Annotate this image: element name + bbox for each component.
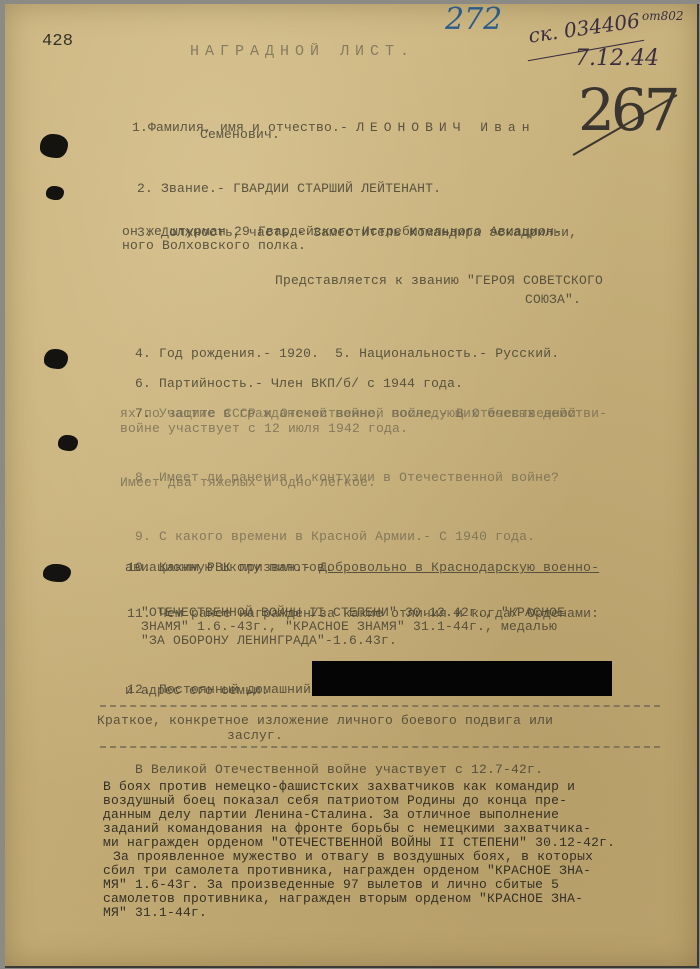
summary-heading: Краткое, конкретное изложение личного бо… xyxy=(97,713,553,728)
summary-line: воздушный боец показал себя патриотом Ро… xyxy=(103,793,567,808)
item-7-cont: войне участвует с 12 июля 1942 года. xyxy=(120,421,408,436)
item-number: 2. xyxy=(137,181,153,196)
item-number: 5. xyxy=(335,346,351,361)
divider xyxy=(100,705,660,707)
item-3-cont: он же штурман 29 Гвардейского Истребител… xyxy=(122,224,562,239)
divider xyxy=(100,746,660,748)
summary-line: В боях против немецко-фашистских захватч… xyxy=(103,779,575,794)
item-value: Член ВКП/б/ с 1944 года. xyxy=(271,376,463,391)
summary-line: данным делу партии Ленина-Сталина. За от… xyxy=(103,807,559,822)
summary-line: МЯ" 1.6-43г. За произведенные 97 вылетов… xyxy=(103,877,559,892)
binder-hole xyxy=(43,564,71,582)
item-1-cont: Семенович. xyxy=(200,127,280,142)
item-number: 1. xyxy=(132,120,148,135)
item-11-cont: ЗНАМЯ" 1.6.-43г., "КРАСНОЕ ЗНАМЯ" 31.1-4… xyxy=(141,619,557,634)
item-value: Добровольно в Краснодарскую военно- xyxy=(319,560,599,575)
reference-number: ск. 034406 xyxy=(527,8,641,47)
summary-line: самолетов противника, награжден вторым о… xyxy=(103,891,583,906)
item-10-cont: авиационную школу пилотов. xyxy=(125,560,333,575)
summary-line: заданий командования на фронте борьбы с … xyxy=(103,821,591,836)
reference-suffix: от802 xyxy=(642,9,684,23)
summary-line: За проявленное мужество и отвагу в возду… xyxy=(113,849,593,864)
summary-line: ми награжден орденом "ОТЕЧЕСТВЕННОЙ ВОЙН… xyxy=(103,835,615,850)
item-11-cont: "ОТЕЧЕСТВЕННОЙ ВОЙНЫ II СТЕПЕНИ" 30.12.4… xyxy=(141,605,565,620)
binder-hole xyxy=(40,134,68,158)
binder-hole xyxy=(44,349,68,369)
item-value: 1920. xyxy=(279,346,319,361)
handwritten-date: 7.12.44 xyxy=(575,46,659,71)
summary-line: МЯ" 31.1-44г. xyxy=(103,905,207,920)
item-7-cont: ях по защите СССР и Отечественной войне.… xyxy=(120,406,576,421)
item-number: 6. xyxy=(135,376,151,391)
item-label: Партийность.- xyxy=(159,376,263,391)
award-sheet: 428 НАГРАДНОЙ ЛИСТ. 272 ск. 034406 от802… xyxy=(5,4,699,968)
crossed-number: 267 xyxy=(578,76,677,144)
item-3-cont: ного Волховского полка. xyxy=(122,238,306,253)
item-11-cont: "ЗА ОБОРОНУ ЛЕНИНГРАДА"-1.6.43г. xyxy=(141,633,397,648)
document-title: НАГРАДНОЙ ЛИСТ. xyxy=(190,44,415,59)
item-label: Год рождения.- xyxy=(159,346,271,361)
item-number: 4. xyxy=(135,346,151,361)
item-1: 1.Фамилия, имя и отчество.- ЛЕОНОВИЧ Ива… xyxy=(100,105,536,150)
archive-number: 272 xyxy=(445,2,502,37)
item-value: ЛЕОНОВИЧ Иван xyxy=(356,120,535,135)
item-label: С какого времени в Красной Армии.- xyxy=(159,529,431,544)
item-value: С 1940 года. xyxy=(439,529,535,544)
nomination-cont: СОЮЗА". xyxy=(525,292,581,307)
item-value: ГВАРДИИ СТАРШИЙ ЛЕЙТЕНАНТ. xyxy=(233,181,441,196)
item-12-cont: и адрес его семьи. xyxy=(125,683,269,698)
binder-hole xyxy=(46,186,64,200)
summary-line: сбил три самолета противника, награжден … xyxy=(103,863,591,878)
item-8-cont: Имеет два тяжелых и одно легкое. xyxy=(120,475,376,490)
summary-heading-cont: заслуг. xyxy=(227,728,283,743)
item-2: 2. Звание.- ГВАРДИИ СТАРШИЙ ЛЕЙТЕНАНТ. xyxy=(105,166,441,211)
item-label: Звание.- xyxy=(161,181,225,196)
nomination-line: Представляется к званию "ГЕРОЯ СОВЕТСКОГ… xyxy=(275,273,603,288)
redaction-box xyxy=(312,661,612,696)
summary-line: В Великой Отечественной войне участвует … xyxy=(135,762,543,777)
item-number: 9. xyxy=(135,529,151,544)
item-value: Русский. xyxy=(495,346,559,361)
item-label: Национальность.- xyxy=(359,346,487,361)
binder-hole xyxy=(58,435,78,451)
page-number: 428 xyxy=(42,34,73,49)
